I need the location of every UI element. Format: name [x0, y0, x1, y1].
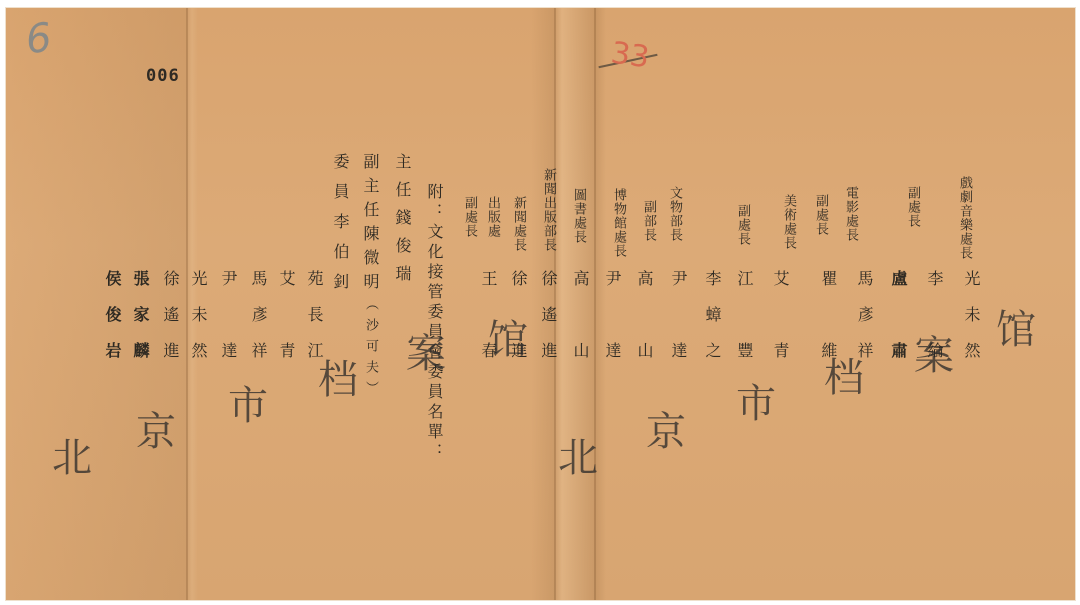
watermark-char: 案 [406, 322, 446, 379]
dept-name: 高山 [636, 270, 652, 414]
fold-line [594, 8, 596, 600]
watermark-char: 京 [136, 400, 176, 457]
watermark-char: 馆 [996, 298, 1036, 355]
dept-header: 電影處長 [844, 186, 857, 242]
member-name: 徐遙進 [162, 270, 178, 378]
watermark-char: 市 [736, 372, 776, 429]
leader-name: 李伯釗 [331, 213, 350, 303]
pencil-mark: 6 [24, 15, 54, 63]
dept-name: 徐遙進 [540, 270, 556, 378]
member-name: 馬彥祥 [250, 270, 266, 378]
watermark-char: 北 [558, 426, 598, 483]
dept-header: 副處長 [736, 204, 749, 246]
archive-document-page: 6 006 33 附：文化接管委員會委員名單： 主任錢俊瑞 副主任陳微明（沙可夫… [6, 8, 1075, 600]
dept-header: 副部長 [642, 200, 655, 242]
watermark-char: 案 [914, 324, 954, 381]
leader-deputy: 副主任陳微明（沙可夫） [362, 153, 378, 402]
leader-note: （沙可夫） [363, 297, 378, 402]
dept-header: 新聞處長 [512, 196, 525, 252]
leader-member: 委員李伯釗 [332, 153, 348, 303]
dept-name: 尹達 [604, 270, 620, 414]
dept-header: 博物館處長 [612, 188, 625, 258]
watermark-char: 市 [228, 374, 268, 431]
member-name: 張家麟 [132, 270, 148, 378]
fold-line [186, 8, 188, 600]
dept-header: 副處長 [814, 194, 827, 236]
page-number: 006 [146, 66, 180, 86]
leader-name: 陳微明 [361, 225, 380, 297]
watermark-char: 档 [824, 346, 864, 403]
member-name: 侯俊岩 [104, 270, 120, 378]
watermark-char: 馆 [488, 308, 528, 365]
dept-header: 戲劇音樂處長 [958, 176, 971, 260]
dept-header: 副處長 [463, 196, 476, 238]
dept-header: 副處長 [906, 186, 919, 228]
leader-name: 錢俊瑞 [393, 209, 412, 293]
dept-name: 盧肅 [890, 270, 906, 414]
red-folio-number: 33 [609, 36, 652, 76]
dept-name: 高山 [572, 270, 588, 414]
watermark-char: 北 [52, 426, 92, 483]
member-name: 光未然 [190, 270, 206, 378]
watermark-char: 京 [646, 400, 686, 457]
role-label: 副主任 [361, 153, 380, 225]
dept-header: 文物部長 [668, 186, 681, 242]
dept-name: 尹達 [670, 270, 686, 414]
leader-director: 主任錢俊瑞 [394, 153, 410, 293]
dept-header: 出版處 [486, 196, 499, 238]
role-label: 主任 [393, 153, 412, 209]
dept-header: 美術處長 [782, 194, 795, 250]
member-name: 艾青 [278, 270, 294, 414]
watermark-char: 档 [318, 348, 358, 405]
dept-header: 新聞出版部長 [542, 168, 555, 252]
dept-name: 光未然 [963, 270, 979, 378]
dept-header: 圖書處長 [572, 188, 585, 244]
role-label: 委員 [331, 153, 350, 213]
dept-name: 李蟑之 [704, 270, 720, 378]
